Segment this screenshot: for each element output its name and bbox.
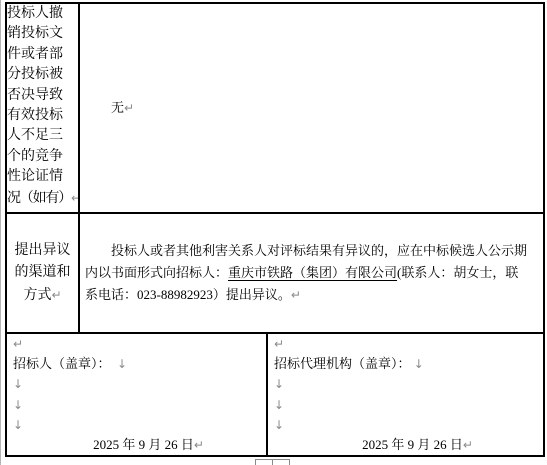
paragraph-mark-icon: ↵ xyxy=(124,101,134,115)
row1-value: 无↵ xyxy=(80,100,543,116)
row2-content-cell: 投标人或者其他利害关系人对评标结果有异议的，应在中标候选人公示期 内以书面形式向… xyxy=(79,213,544,333)
header-line: 提出异议 xyxy=(7,240,78,262)
paragraph-mark-icon: ↵ xyxy=(291,288,301,302)
tenderer-seal-label: 招标人（盖章）： ↓ xyxy=(7,354,266,374)
header-line: 况（如有）↵ xyxy=(7,188,78,209)
table-row-objection-channel: 提出异议 的渠道和 方式↵ 投标人或者其他利害关系人对评标结果有异议的，应在中标… xyxy=(6,213,544,333)
tenderer-date: 2025 年 9 月 26 日↵ xyxy=(7,435,266,455)
footer-frame-cell xyxy=(256,460,273,465)
page-boundary-line xyxy=(0,0,1,465)
paragraph-mark-icon: ↵ xyxy=(71,191,79,205)
header-line: 方式↵ xyxy=(7,284,78,307)
line-break-mark-icon: ↓ xyxy=(414,357,424,371)
agency-seal-label: 招标代理机构（盖章）： ↓ xyxy=(268,354,543,374)
blank-line: ↓ xyxy=(7,395,266,415)
header-line: 件或者部 xyxy=(7,45,78,65)
agency-seal-cell: ↵ 招标代理机构（盖章）： ↓ ↓ ↓ ↓ 2025 年 9 月 26 日↵ xyxy=(267,333,544,456)
paragraph-line: 投标人或者其他利害关系人对评标结果有异议的，应在中标候选人公示期 xyxy=(80,240,543,262)
header-line: 销投标文 xyxy=(7,24,78,44)
blank-line: ↵ xyxy=(7,334,266,354)
paragraph-line: 内以书面形式向招标人：重庆市铁路（集团）有限公司(联系人：胡女士，联 xyxy=(80,262,543,284)
table-row-signatures: ↵ 招标人（盖章）： ↓ ↓ ↓ ↓ 2025 年 9 月 26 日↵ ↵ 招标… xyxy=(6,333,544,456)
line-break-mark-icon: ↓ xyxy=(13,377,23,391)
blank-line: ↓ xyxy=(7,374,266,394)
paragraph-mark-icon: ↵ xyxy=(51,288,61,302)
bid-result-table: 投标人撤 销投标文 件或者部 分投标被 否决导致 有效投标 人不足三 个的竞争 … xyxy=(5,2,545,457)
footer-frame-cell xyxy=(273,460,289,465)
paragraph-mark-icon: ↵ xyxy=(13,337,23,351)
header-line: 的渠道和 xyxy=(7,262,78,284)
blank-line: ↓ xyxy=(268,415,543,435)
header-line: 有效投标 xyxy=(7,106,78,126)
header-line: 分投标被 xyxy=(7,65,78,85)
header-line: 性论证情 xyxy=(7,167,78,187)
line-break-mark-icon: ↓ xyxy=(274,398,284,412)
agency-date: 2025 年 9 月 26 日↵ xyxy=(268,435,543,455)
blank-line: ↓ xyxy=(268,374,543,394)
line-break-mark-icon: ↓ xyxy=(117,357,127,371)
row1-value-cell: 无↵ xyxy=(79,3,544,213)
row2-header-cell: 提出异议 的渠道和 方式↵ xyxy=(6,213,79,333)
header-line: 否决导致 xyxy=(7,86,78,106)
paragraph-line: 系电话：023-88982923）提出异议。↵ xyxy=(80,284,543,306)
header-line: 人不足三 xyxy=(7,126,78,146)
tenderer-company-name: 重庆市铁路（集团）有限公司 xyxy=(228,265,397,280)
paragraph-mark-icon: ↵ xyxy=(463,438,473,452)
line-break-mark-icon: ↓ xyxy=(274,418,284,432)
row1-header-cell: 投标人撤 销投标文 件或者部 分投标被 否决导致 有效投标 人不足三 个的竞争 … xyxy=(6,3,79,213)
blank-line: ↵ xyxy=(268,334,543,354)
line-break-mark-icon: ↓ xyxy=(274,377,284,391)
line-break-mark-icon: ↓ xyxy=(13,418,23,432)
page-footer-frame-fragment xyxy=(255,459,290,465)
header-line: 个的竞争 xyxy=(7,147,78,167)
blank-line: ↓ xyxy=(268,395,543,415)
line-break-mark-icon: ↓ xyxy=(13,398,23,412)
tenderer-seal-cell: ↵ 招标人（盖章）： ↓ ↓ ↓ ↓ 2025 年 9 月 26 日↵ xyxy=(6,333,267,456)
blank-line: ↓ xyxy=(7,415,266,435)
table-row-competitive-demonstration: 投标人撤 销投标文 件或者部 分投标被 否决导致 有效投标 人不足三 个的竞争 … xyxy=(6,3,544,213)
paragraph-mark-icon: ↵ xyxy=(274,337,284,351)
paragraph-mark-icon: ↵ xyxy=(194,438,204,452)
header-line: 投标人撤 xyxy=(7,4,78,24)
